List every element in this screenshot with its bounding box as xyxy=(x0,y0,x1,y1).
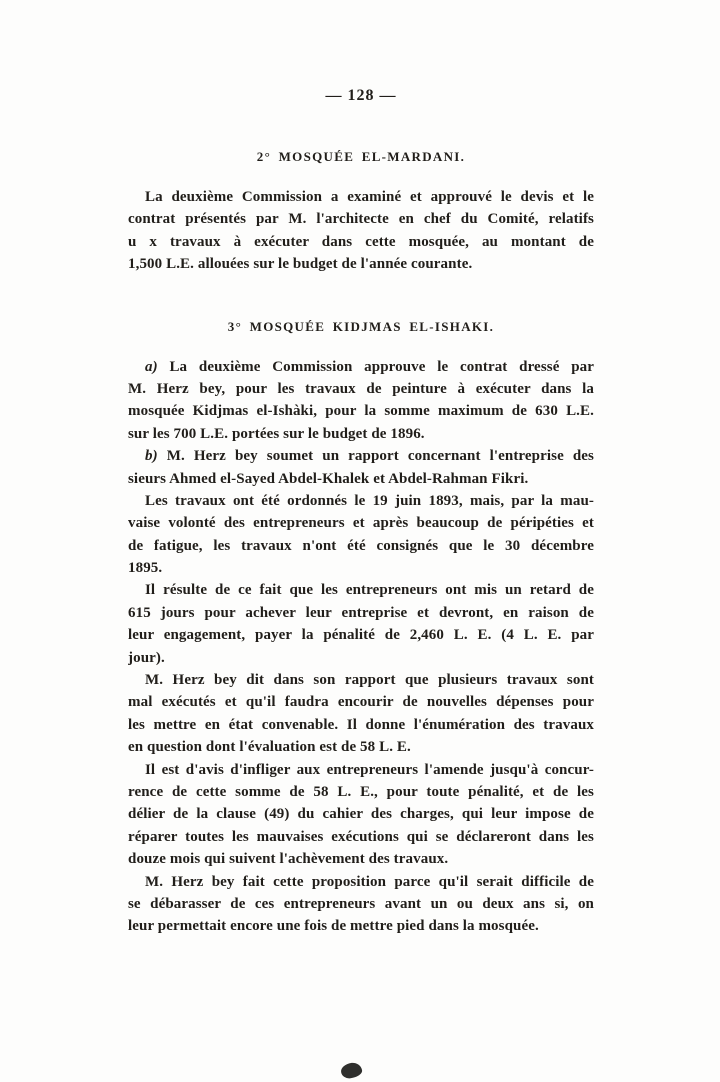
text-line: les mettre en état convenable. Il donne … xyxy=(128,714,594,736)
text-column: — 128 — 2° MOSQUÉE EL-MARDANI.La deuxièm… xyxy=(128,0,594,938)
text-line: rence de cette somme de 58 L. E., pour t… xyxy=(128,781,594,803)
text-line: leur engagement, payer la pénalité de 2,… xyxy=(128,624,594,646)
text-line: mosquée Kidjmas el-Ishàki, pour la somme… xyxy=(128,400,594,422)
page-number: — 128 — xyxy=(128,86,594,106)
paragraph: Il est d'avis d'infliger aux entrepreneu… xyxy=(128,759,594,871)
section-heading: 3° MOSQUÉE KIDJMAS EL-ISHAKI. xyxy=(128,318,594,335)
text-line: sieurs Ahmed el-Sayed Abdel-Khalek et Ab… xyxy=(128,468,594,490)
section-heading: 2° MOSQUÉE EL-MARDANI. xyxy=(128,148,594,165)
text-line: leur permettait encore une fois de mettr… xyxy=(128,915,594,937)
ink-smudge xyxy=(340,1062,363,1080)
text-line: en question dont l'évaluation est de 58 … xyxy=(128,736,594,758)
paragraph: M. Herz bey dit dans son rapport que plu… xyxy=(128,669,594,759)
text-line: jour). xyxy=(128,647,594,669)
text-line: b) M. Herz bey soumet un rapport concern… xyxy=(128,445,594,467)
text-line: M. Herz bey, pour les travaux de peintur… xyxy=(128,378,594,400)
text-line: mal exécutés et qu'il faudra encourir de… xyxy=(128,691,594,713)
text-line: Il résulte de ce fait que les entreprene… xyxy=(128,579,594,601)
text-line: contrat présentés par M. l'architecte en… xyxy=(128,208,594,230)
text-line: M. Herz bey dit dans son rapport que plu… xyxy=(128,669,594,691)
text-line: de fatigue, les travaux n'ont été consig… xyxy=(128,535,594,557)
text-line: douze mois qui suivent l'achèvement des … xyxy=(128,848,594,870)
document-page: — 128 — 2° MOSQUÉE EL-MARDANI.La deuxièm… xyxy=(0,0,720,1082)
text-line: sur les 700 L.E. portées sur le budget d… xyxy=(128,423,594,445)
text-line: u x travaux à exécuter dans cette mosqué… xyxy=(128,231,594,253)
text-line: délier de la clause (49) du cahier des c… xyxy=(128,803,594,825)
paragraph: La deuxième Commission a examiné et appr… xyxy=(128,186,594,276)
text-line: vaise volonté des entrepreneurs et après… xyxy=(128,512,594,534)
paragraph: M. Herz bey fait cette proposition parce… xyxy=(128,871,594,938)
text-line: se débarasser de ces entrepreneurs avant… xyxy=(128,893,594,915)
text-line: La deuxième Commission a examiné et appr… xyxy=(128,186,594,208)
paragraph: a) La deuxième Commission approuve le co… xyxy=(128,356,594,446)
text-line: 615 jours pour achever leur entreprise e… xyxy=(128,602,594,624)
paragraph: Les travaux ont été ordonnés le 19 juin … xyxy=(128,490,594,580)
text-line: 1895. xyxy=(128,557,594,579)
text-line: a) La deuxième Commission approuve le co… xyxy=(128,356,594,378)
paragraph: Il résulte de ce fait que les entreprene… xyxy=(128,579,594,669)
paragraph: b) M. Herz bey soumet un rapport concern… xyxy=(128,445,594,490)
text-line: Il est d'avis d'infliger aux entrepreneu… xyxy=(128,759,594,781)
text-line: réparer toutes les mauvaises exécutions … xyxy=(128,826,594,848)
text-line: Les travaux ont été ordonnés le 19 juin … xyxy=(128,490,594,512)
text-line: 1,500 L.E. allouées sur le budget de l'a… xyxy=(128,253,594,275)
text-line: M. Herz bey fait cette proposition parce… xyxy=(128,871,594,893)
